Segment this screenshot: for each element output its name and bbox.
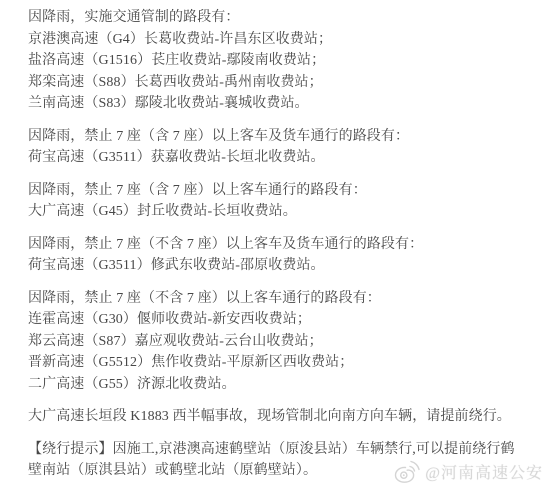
- notice-line: 郑栾高速（S88）长葛西收费站-禹州南收费站；: [28, 72, 541, 94]
- notice-line: 大广高速（G45）封丘收费站-长垣收费站。: [28, 201, 541, 223]
- watermark-text: @河南高速公安: [425, 460, 543, 483]
- notice-line: 大广高速长垣段 K1883 西半幅事故，现场管制北向南方向车辆，请提前绕行。: [28, 406, 541, 428]
- notice-line: 晋新高速（G5512）焦作收费站-平原新区西收费站；: [28, 352, 541, 374]
- notice-line: 盐洛高速（G1516）苌庄收费站-鄢陵南收费站；: [28, 50, 541, 72]
- traffic-notice: 因降雨，实施交通管制的路段有：京港澳高速（G4）长葛收费站-许昌东区收费站；盐洛…: [0, 0, 547, 482]
- notice-paragraph-3: 因降雨，禁止 7 座（含 7 座）以上客车通行的路段有：大广高速（G45）封丘收…: [28, 180, 541, 223]
- notice-paragraphs: 因降雨，实施交通管制的路段有：京港澳高速（G4）长葛收费站-许昌东区收费站；盐洛…: [28, 7, 541, 482]
- notice-paragraph-6: 大广高速长垣段 K1883 西半幅事故，现场管制北向南方向车辆，请提前绕行。: [28, 406, 541, 428]
- notice-line: 因降雨，禁止 7 座（含 7 座）以上客车及货车通行的路段有：: [28, 126, 541, 148]
- notice-paragraph-4: 因降雨，禁止 7 座（不含 7 座）以上客车及货车通行的路段有：荷宝高速（G35…: [28, 234, 541, 277]
- notice-paragraph-1: 因降雨，实施交通管制的路段有：京港澳高速（G4）长葛收费站-许昌东区收费站；盐洛…: [28, 7, 541, 115]
- notice-line: 二广高速（G55）济源北收费站。: [28, 374, 541, 396]
- weibo-icon: [393, 458, 420, 485]
- notice-line: 荷宝高速（G3511）修武东收费站-邵原收费站。: [28, 255, 541, 277]
- notice-line: 荷宝高速（G3511）获嘉收费站-长垣北收费站。: [28, 147, 541, 169]
- notice-line: 郑云高速（S87）嘉应观收费站-云台山收费站；: [28, 331, 541, 353]
- notice-line: 因降雨，禁止 7 座（不含 7 座）以上客车通行的路段有：: [28, 288, 541, 310]
- watermark: @河南高速公安: [393, 458, 543, 485]
- notice-line: 【绕行提示】因施工,京港澳高速鹤壁站（原浚县站）车辆禁行,可以提前绕行鹤: [28, 439, 541, 461]
- notice-paragraph-5: 因降雨，禁止 7 座（不含 7 座）以上客车通行的路段有：连霍高速（G30）偃师…: [28, 288, 541, 396]
- notice-paragraph-2: 因降雨，禁止 7 座（含 7 座）以上客车及货车通行的路段有：荷宝高速（G351…: [28, 126, 541, 169]
- notice-line: 京港澳高速（G4）长葛收费站-许昌东区收费站；: [28, 29, 541, 51]
- notice-line: 兰南高速（S83）鄢陵北收费站-襄城收费站。: [28, 93, 541, 115]
- notice-line: 连霍高速（G30）偃师收费站-新安西收费站；: [28, 309, 541, 331]
- notice-line: 因降雨，禁止 7 座（不含 7 座）以上客车及货车通行的路段有：: [28, 234, 541, 256]
- notice-line: 因降雨，实施交通管制的路段有：: [28, 7, 541, 29]
- notice-line: 因降雨，禁止 7 座（含 7 座）以上客车通行的路段有：: [28, 180, 541, 202]
